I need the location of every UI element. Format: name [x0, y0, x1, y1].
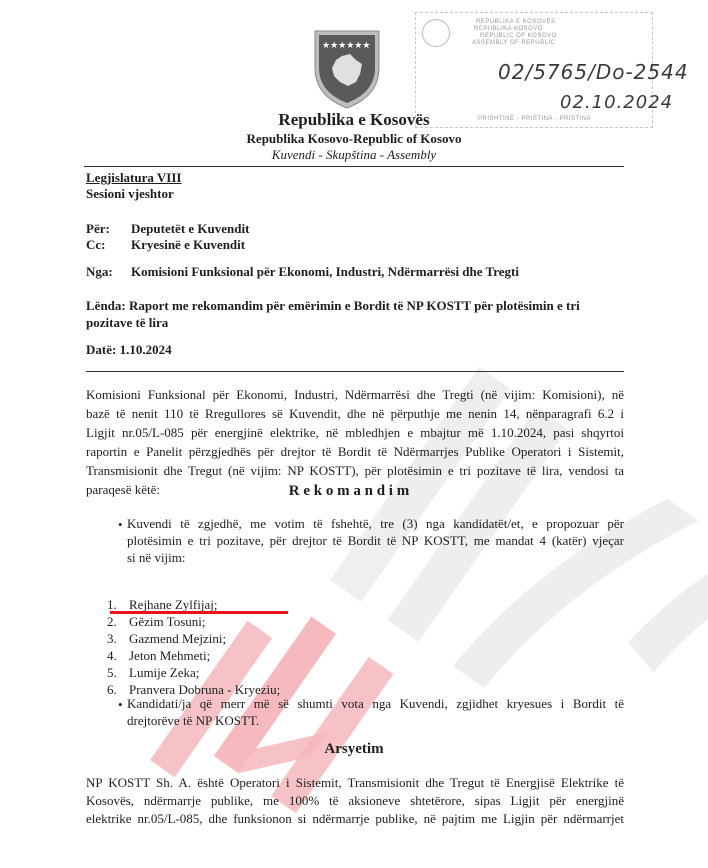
reasoning-heading: Arsyetim: [0, 741, 708, 758]
subject-line-1: Lënda: Raport me rekomandim për emërimin…: [86, 298, 580, 314]
reasoning-paragraph: NP KOSTT Sh. A. është Operatori i Sistem…: [86, 774, 624, 828]
list-item: 4.Jeton Mehmeti;: [107, 647, 280, 664]
recommendation-heading: R e k o m a n d i m: [0, 483, 703, 500]
document-page: ★★★★★★ Republika e Kosovës Republika Kos…: [0, 0, 708, 868]
intro-paragraph: Komisioni Funksional për Ekonomi, Indust…: [86, 385, 624, 499]
highlight-underline: [110, 611, 288, 614]
from-value: Komisioni Funksional për Ekonomi, Indust…: [131, 264, 519, 280]
stamp-seal-icon: [422, 19, 450, 47]
candidate-name: Gazmend Mejzini;: [129, 630, 226, 647]
subject-line-2: pozitave të lira: [86, 315, 168, 331]
bullet-icon: •: [118, 517, 123, 533]
recommendation-bullet-2: Kandidati/ja që merr më së shumti vota n…: [127, 695, 624, 729]
document-date: Datë: 1.10.2024: [86, 342, 172, 358]
to-label: Për:: [86, 221, 110, 237]
list-item: 2.Gëzim Tosuni;: [107, 613, 280, 630]
cc-value: Kryesinë e Kuvendit: [131, 237, 245, 253]
cc-label: Cc:: [86, 237, 106, 253]
legislature: Legjislatura VIII: [86, 170, 181, 186]
meta-divider: [86, 371, 624, 372]
protocol-number: 02/5765/Do-2544: [498, 60, 689, 84]
candidate-name: Lumije Zeka;: [129, 664, 199, 681]
kosovo-coat-of-arms-icon: ★★★★★★: [312, 28, 382, 110]
svg-text:★★★★★★: ★★★★★★: [322, 41, 370, 51]
candidate-name: Gëzim Tosuni;: [129, 613, 205, 630]
session: Sesioni vjeshtor: [86, 186, 174, 202]
list-item: 5.Lumije Zeka;: [107, 664, 280, 681]
from-label: Nga:: [86, 264, 113, 280]
list-item: 3.Gazmend Mejzini;: [107, 630, 280, 647]
candidate-name: Jeton Mehmeti;: [129, 647, 210, 664]
stamp-date: 02.10.2024: [560, 92, 673, 113]
country-subtitle: Republika Kosovo-Republic of Kosovo: [0, 131, 708, 147]
recommendation-bullet-1: Kuvendi të zgjedhë, me votim të fshehtë,…: [127, 515, 624, 566]
to-value: Deputetët e Kuvendit: [131, 221, 249, 237]
bullet-icon: •: [118, 697, 123, 713]
assembly-name: Kuvendi - Skupština - Assembly: [0, 147, 708, 163]
header-divider: [84, 166, 624, 167]
